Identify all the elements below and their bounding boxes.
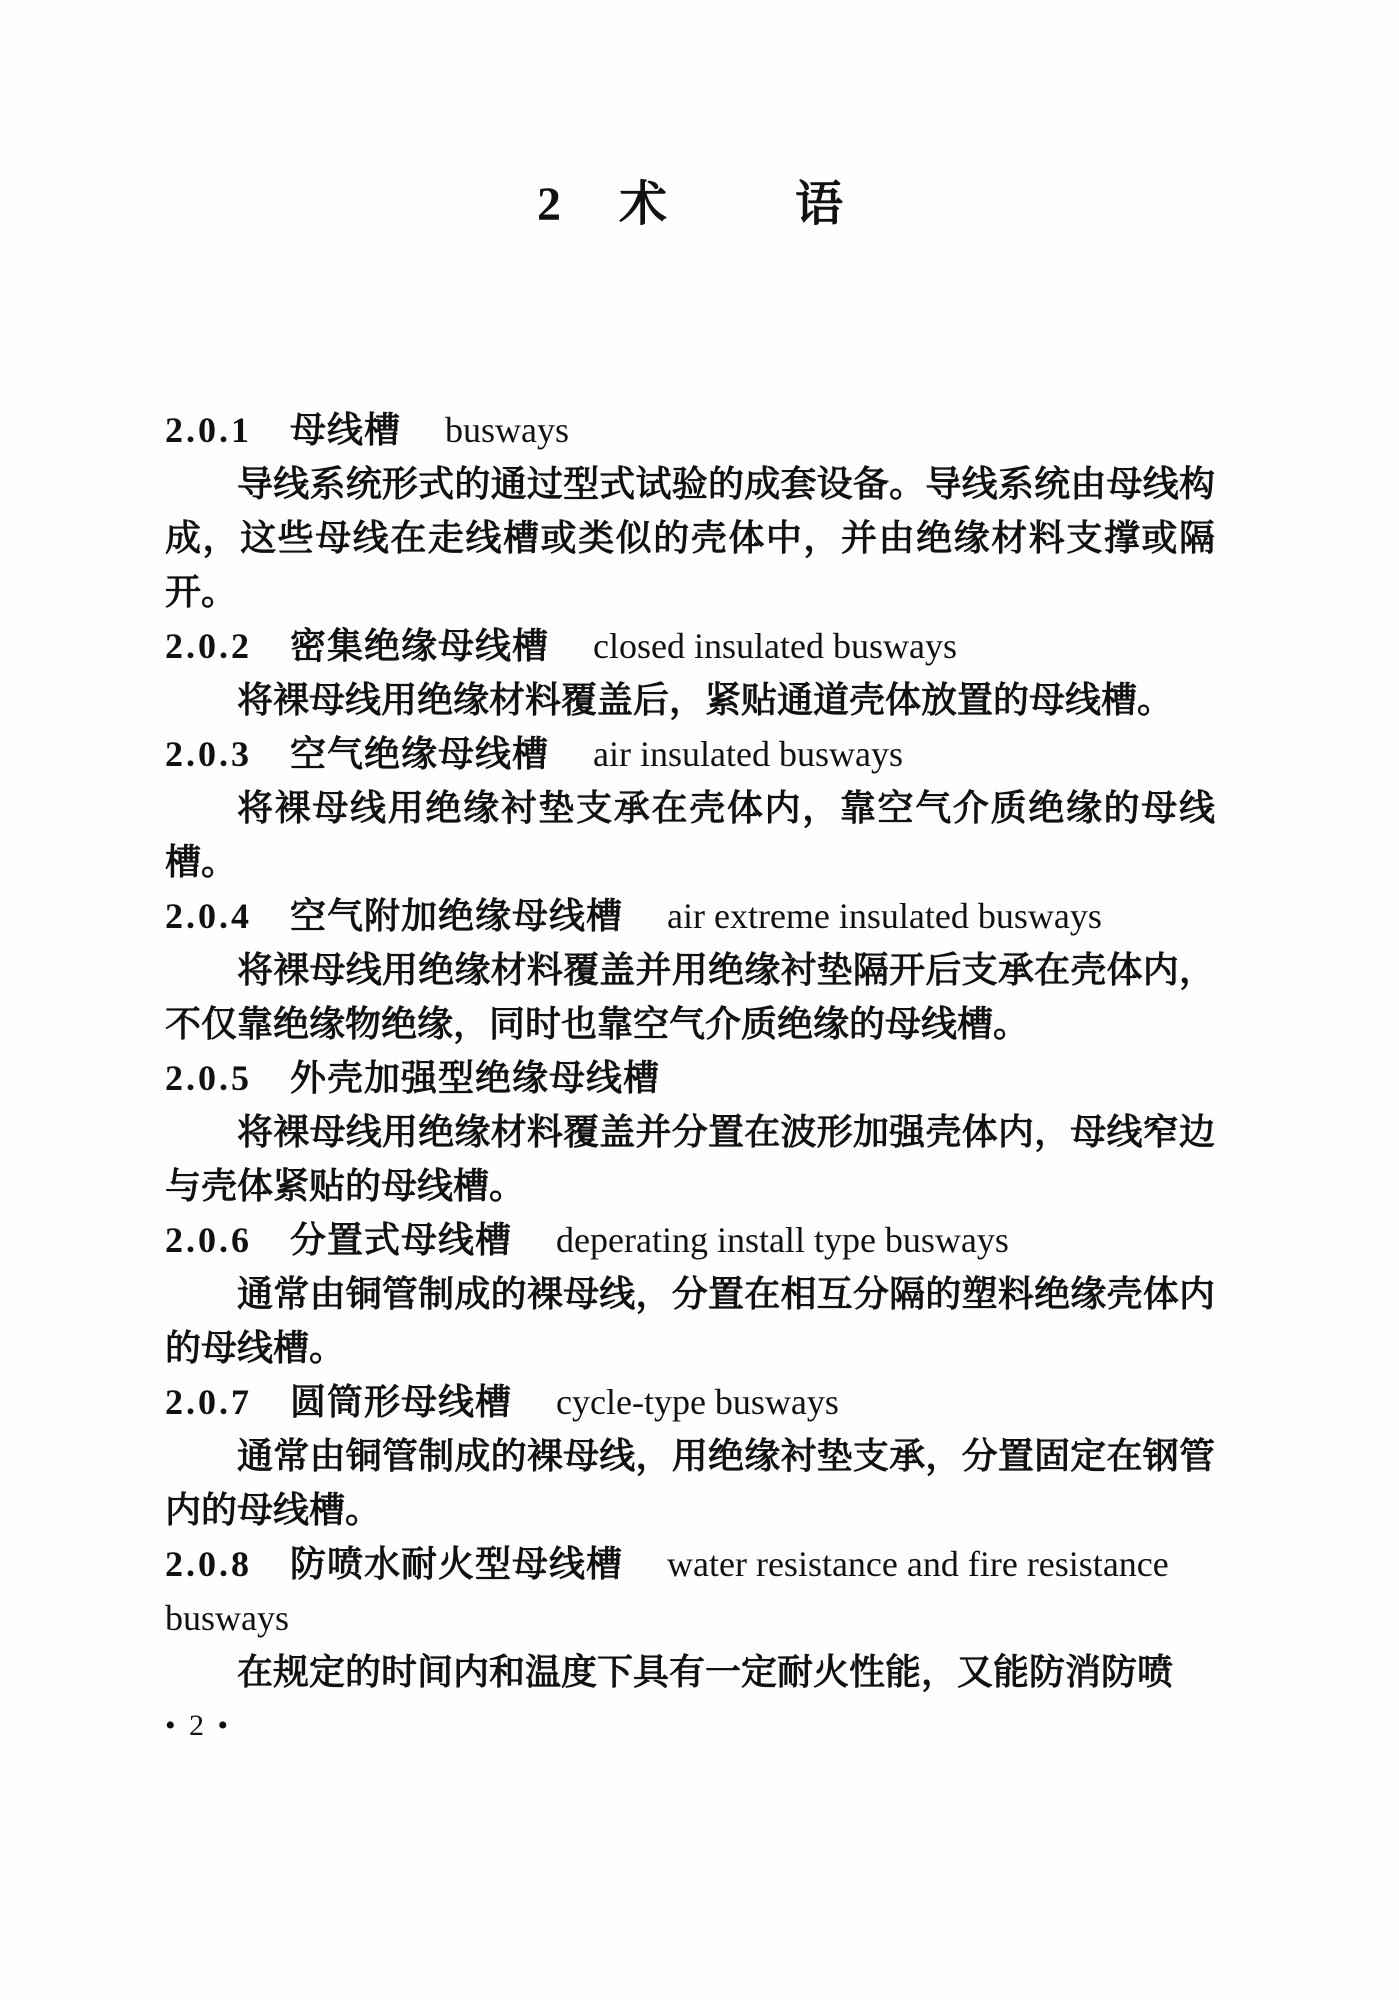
term-heading: 2.0.4空气附加绝缘母线槽air extreme insulated busw… — [165, 889, 1215, 943]
term-entry: 2.0.5外壳加强型绝缘母线槽 将裸母线用绝缘材料覆盖并分置在波形加强壳体内，母… — [165, 1051, 1215, 1213]
term-chinese: 空气绝缘母线槽 — [290, 734, 549, 774]
term-number: 2.0.3 — [165, 734, 252, 774]
term-heading: 2.0.8防喷水耐火型母线槽water resistance and fire … — [165, 1537, 1215, 1645]
term-english: busways — [445, 410, 569, 450]
chapter-title: 2 术 语 — [165, 175, 1215, 235]
term-entry: 2.0.1母线槽busways 导线系统形式的通过型式试验的成套设备。导线系统由… — [165, 403, 1215, 619]
term-definition: 导线系统形式的通过型式试验的成套设备。导线系统由母线构成，这些母线在走线槽或类似… — [165, 457, 1215, 619]
term-chinese: 空气附加绝缘母线槽 — [290, 896, 623, 936]
term-entry: 2.0.7圆筒形母线槽cycle-type busways 通常由铜管制成的裸母… — [165, 1375, 1215, 1537]
term-entry: 2.0.3空气绝缘母线槽air insulated busways 将裸母线用绝… — [165, 727, 1215, 889]
term-number: 2.0.1 — [165, 410, 252, 450]
term-chinese: 圆筒形母线槽 — [290, 1382, 512, 1422]
term-definition: 通常由铜管制成的裸母线，分置在相互分隔的塑料绝缘壳体内的母线槽。 — [165, 1267, 1215, 1375]
term-definition: 将裸母线用绝缘材料覆盖并分置在波形加强壳体内，母线窄边与壳体紧贴的母线槽。 — [165, 1105, 1215, 1213]
term-heading: 2.0.1母线槽busways — [165, 403, 1215, 457]
term-english: cycle-type busways — [556, 1382, 839, 1422]
term-chinese: 外壳加强型绝缘母线槽 — [290, 1058, 660, 1098]
page-number: • 2 • — [165, 1699, 1215, 1753]
term-english: closed insulated busways — [593, 626, 957, 666]
term-heading: 2.0.3空气绝缘母线槽air insulated busways — [165, 727, 1215, 781]
term-definition: 将裸母线用绝缘衬垫支承在壳体内，靠空气介质绝缘的母线槽。 — [165, 781, 1215, 889]
document-page: 2 术 语 2.0.1母线槽busways 导线系统形式的通过型式试验的成套设备… — [0, 0, 1399, 2000]
term-chinese: 密集绝缘母线槽 — [290, 626, 549, 666]
term-heading: 2.0.6分置式母线槽deperating install type buswa… — [165, 1213, 1215, 1267]
term-number: 2.0.6 — [165, 1220, 252, 1260]
term-heading: 2.0.7圆筒形母线槽cycle-type busways — [165, 1375, 1215, 1429]
term-heading: 2.0.2密集绝缘母线槽closed insulated busways — [165, 619, 1215, 673]
term-entry: 2.0.4空气附加绝缘母线槽air extreme insulated busw… — [165, 889, 1215, 1051]
term-number: 2.0.8 — [165, 1544, 252, 1584]
term-definition: 将裸母线用绝缘材料覆盖后，紧贴通道壳体放置的母线槽。 — [165, 673, 1215, 727]
chapter-title-char-2: 语 — [795, 175, 843, 235]
term-number: 2.0.5 — [165, 1058, 252, 1098]
term-english: air insulated busways — [593, 734, 903, 774]
term-number: 2.0.4 — [165, 896, 252, 936]
term-chinese: 分置式母线槽 — [290, 1220, 512, 1260]
page-content: 2 术 语 2.0.1母线槽busways 导线系统形式的通过型式试验的成套设备… — [165, 175, 1215, 1753]
term-definition: 在规定的时间内和温度下具有一定耐火性能，又能防消防喷 — [165, 1645, 1215, 1699]
chapter-number: 2 — [537, 175, 561, 235]
term-english: deperating install type busways — [556, 1220, 1009, 1260]
term-heading: 2.0.5外壳加强型绝缘母线槽 — [165, 1051, 1215, 1105]
term-number: 2.0.7 — [165, 1382, 252, 1422]
term-chinese: 母线槽 — [290, 410, 401, 450]
term-chinese: 防喷水耐火型母线槽 — [290, 1544, 623, 1584]
term-entry: 2.0.6分置式母线槽deperating install type buswa… — [165, 1213, 1215, 1375]
chapter-title-char-1: 术 — [619, 175, 667, 235]
term-english: air extreme insulated busways — [667, 896, 1102, 936]
term-entry: 2.0.2密集绝缘母线槽closed insulated busways 将裸母… — [165, 619, 1215, 727]
terminology-sections: 2.0.1母线槽busways 导线系统形式的通过型式试验的成套设备。导线系统由… — [165, 403, 1215, 1699]
term-number: 2.0.2 — [165, 626, 252, 666]
term-definition: 通常由铜管制成的裸母线，用绝缘衬垫支承，分置固定在钢管内的母线槽。 — [165, 1429, 1215, 1537]
term-definition: 将裸母线用绝缘材料覆盖并用绝缘衬垫隔开后支承在壳体内，不仅靠绝缘物绝缘，同时也靠… — [165, 943, 1215, 1051]
term-entry: 2.0.8防喷水耐火型母线槽water resistance and fire … — [165, 1537, 1215, 1699]
